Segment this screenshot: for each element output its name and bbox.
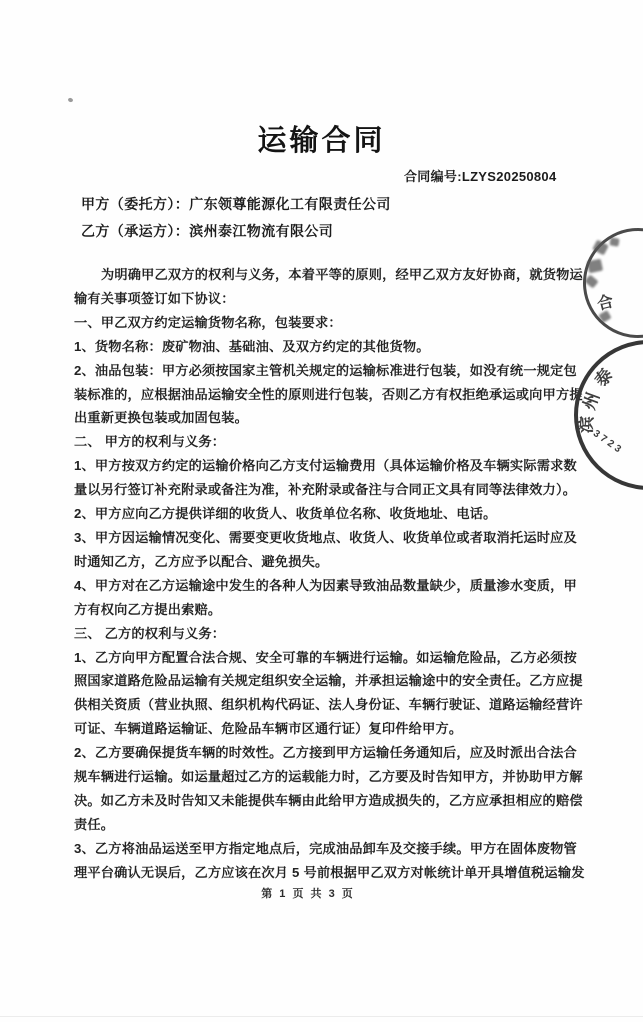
party-a-line: 甲方（委托方）：广东领尊能源化工有限责任公司	[81, 194, 391, 214]
body-line: 照国家道路危险品运输有关规定组织安全运输，并承担运输途中的安全责任。乙方应提	[74, 669, 579, 693]
page-bottom-edge	[0, 1016, 643, 1017]
contract-body: 为明确甲乙双方的权利与义务，本着平等的原则，经甲乙双方友好协商，就货物运输有关事…	[74, 263, 579, 885]
scan-speck	[67, 97, 73, 102]
body-line: 1、乙方向甲方配置合法合规、安全可靠的车辆进行运输。如运输危险品，乙方必须按	[74, 646, 579, 670]
body-line: 装标准的，应根据油品运输安全性的原则进行包装，否则乙方有权拒绝承运或向甲方提	[74, 383, 579, 407]
body-line: 3、甲方因运输情况变化、需要变更收货地点、收货人、收货单位或者取消托运时应及	[74, 526, 579, 550]
body-line: 出重新更换包装或加固包装。	[74, 406, 579, 430]
page-number-footer: 第 1 页 共 3 页	[0, 885, 616, 901]
body-line: 1、货物名称：废矿物油、基础油、及双方约定的其他货物。	[74, 335, 579, 359]
body-line: 2、甲方应向乙方提供详细的收货人、收货单位名称、收货地址、电话。	[74, 502, 579, 526]
body-line: 4、甲方对在乙方运输途中发生的各种人为因素导致油品数量缺少，质量渗水变质，甲	[74, 574, 579, 598]
contract-number: 合同编号:LZYS20250804	[404, 166, 557, 185]
body-line: 量以另行签订补充附录或备注为准，补充附录或备注与合同正文具有同等法律效力）。	[74, 478, 579, 502]
body-line: 为明确甲乙双方的权利与义务，本着平等的原则，经甲乙双方友好协商，就货物运	[74, 263, 579, 287]
scanned-contract-page: 运输合同 合同编号:LZYS20250804 甲方（委托方）：广东领尊能源化工有…	[0, 0, 643, 1022]
page-title: 运输合同	[0, 118, 643, 159]
body-line: 三、 乙方的权利与义务：	[74, 622, 579, 646]
body-line: 1、甲方按双方约定的运输价格向乙方支付运输费用（具体运输价格及车辆实际需求数	[74, 454, 579, 478]
body-line: 一、甲乙双方约定运输货物名称，包装要求：	[74, 311, 579, 335]
body-line: 2、乙方要确保提货车辆的时效性。乙方接到甲方运输任务通知后，应及时派出合法合	[74, 741, 579, 765]
body-line: 时通知乙方，乙方应予以配合、避免损失。	[74, 550, 579, 574]
body-line: 输有关事项签订如下协议：	[74, 287, 579, 311]
body-line: 责任。	[74, 813, 579, 837]
body-line: 二、 甲方的权利与义务：	[74, 430, 579, 454]
party-b-line: 乙方（承运方）：滨州泰江物流有限公司	[81, 221, 333, 241]
body-line: 供相关资质（营业执照、组织机构代码证、法人身份证、车辆行驶证、道路运输经营许	[74, 693, 579, 717]
body-line: 决。如乙方未及时告知又未能提供车辆由此给甲方造成损失的，乙方应承担相应的赔偿	[74, 789, 579, 813]
body-line: 3、乙方将油品运送至甲方指定地点后，完成油品卸车及交接手续。甲方在固体废物管	[74, 837, 579, 861]
body-line: 规车辆进行运输。如运量超过乙方的运载能力时，乙方要及时告知甲方，并协助甲方解	[74, 765, 579, 789]
body-line: 理平台确认无误后，乙方应该在次月 5 号前根据甲乙双方对帐统计单开具增值税运输发	[74, 861, 579, 885]
body-line: 方有权向乙方提出索赔。	[74, 598, 579, 622]
seal-top-smudge	[609, 237, 619, 246]
body-line: 可证、车辆道路运输证、危险品车辆市区通行证）复印件给甲方。	[74, 717, 579, 741]
body-line: 2、油品包装：甲方必须按国家主管机关规定的运输标准进行包装，如没有统一规定包	[74, 359, 579, 383]
